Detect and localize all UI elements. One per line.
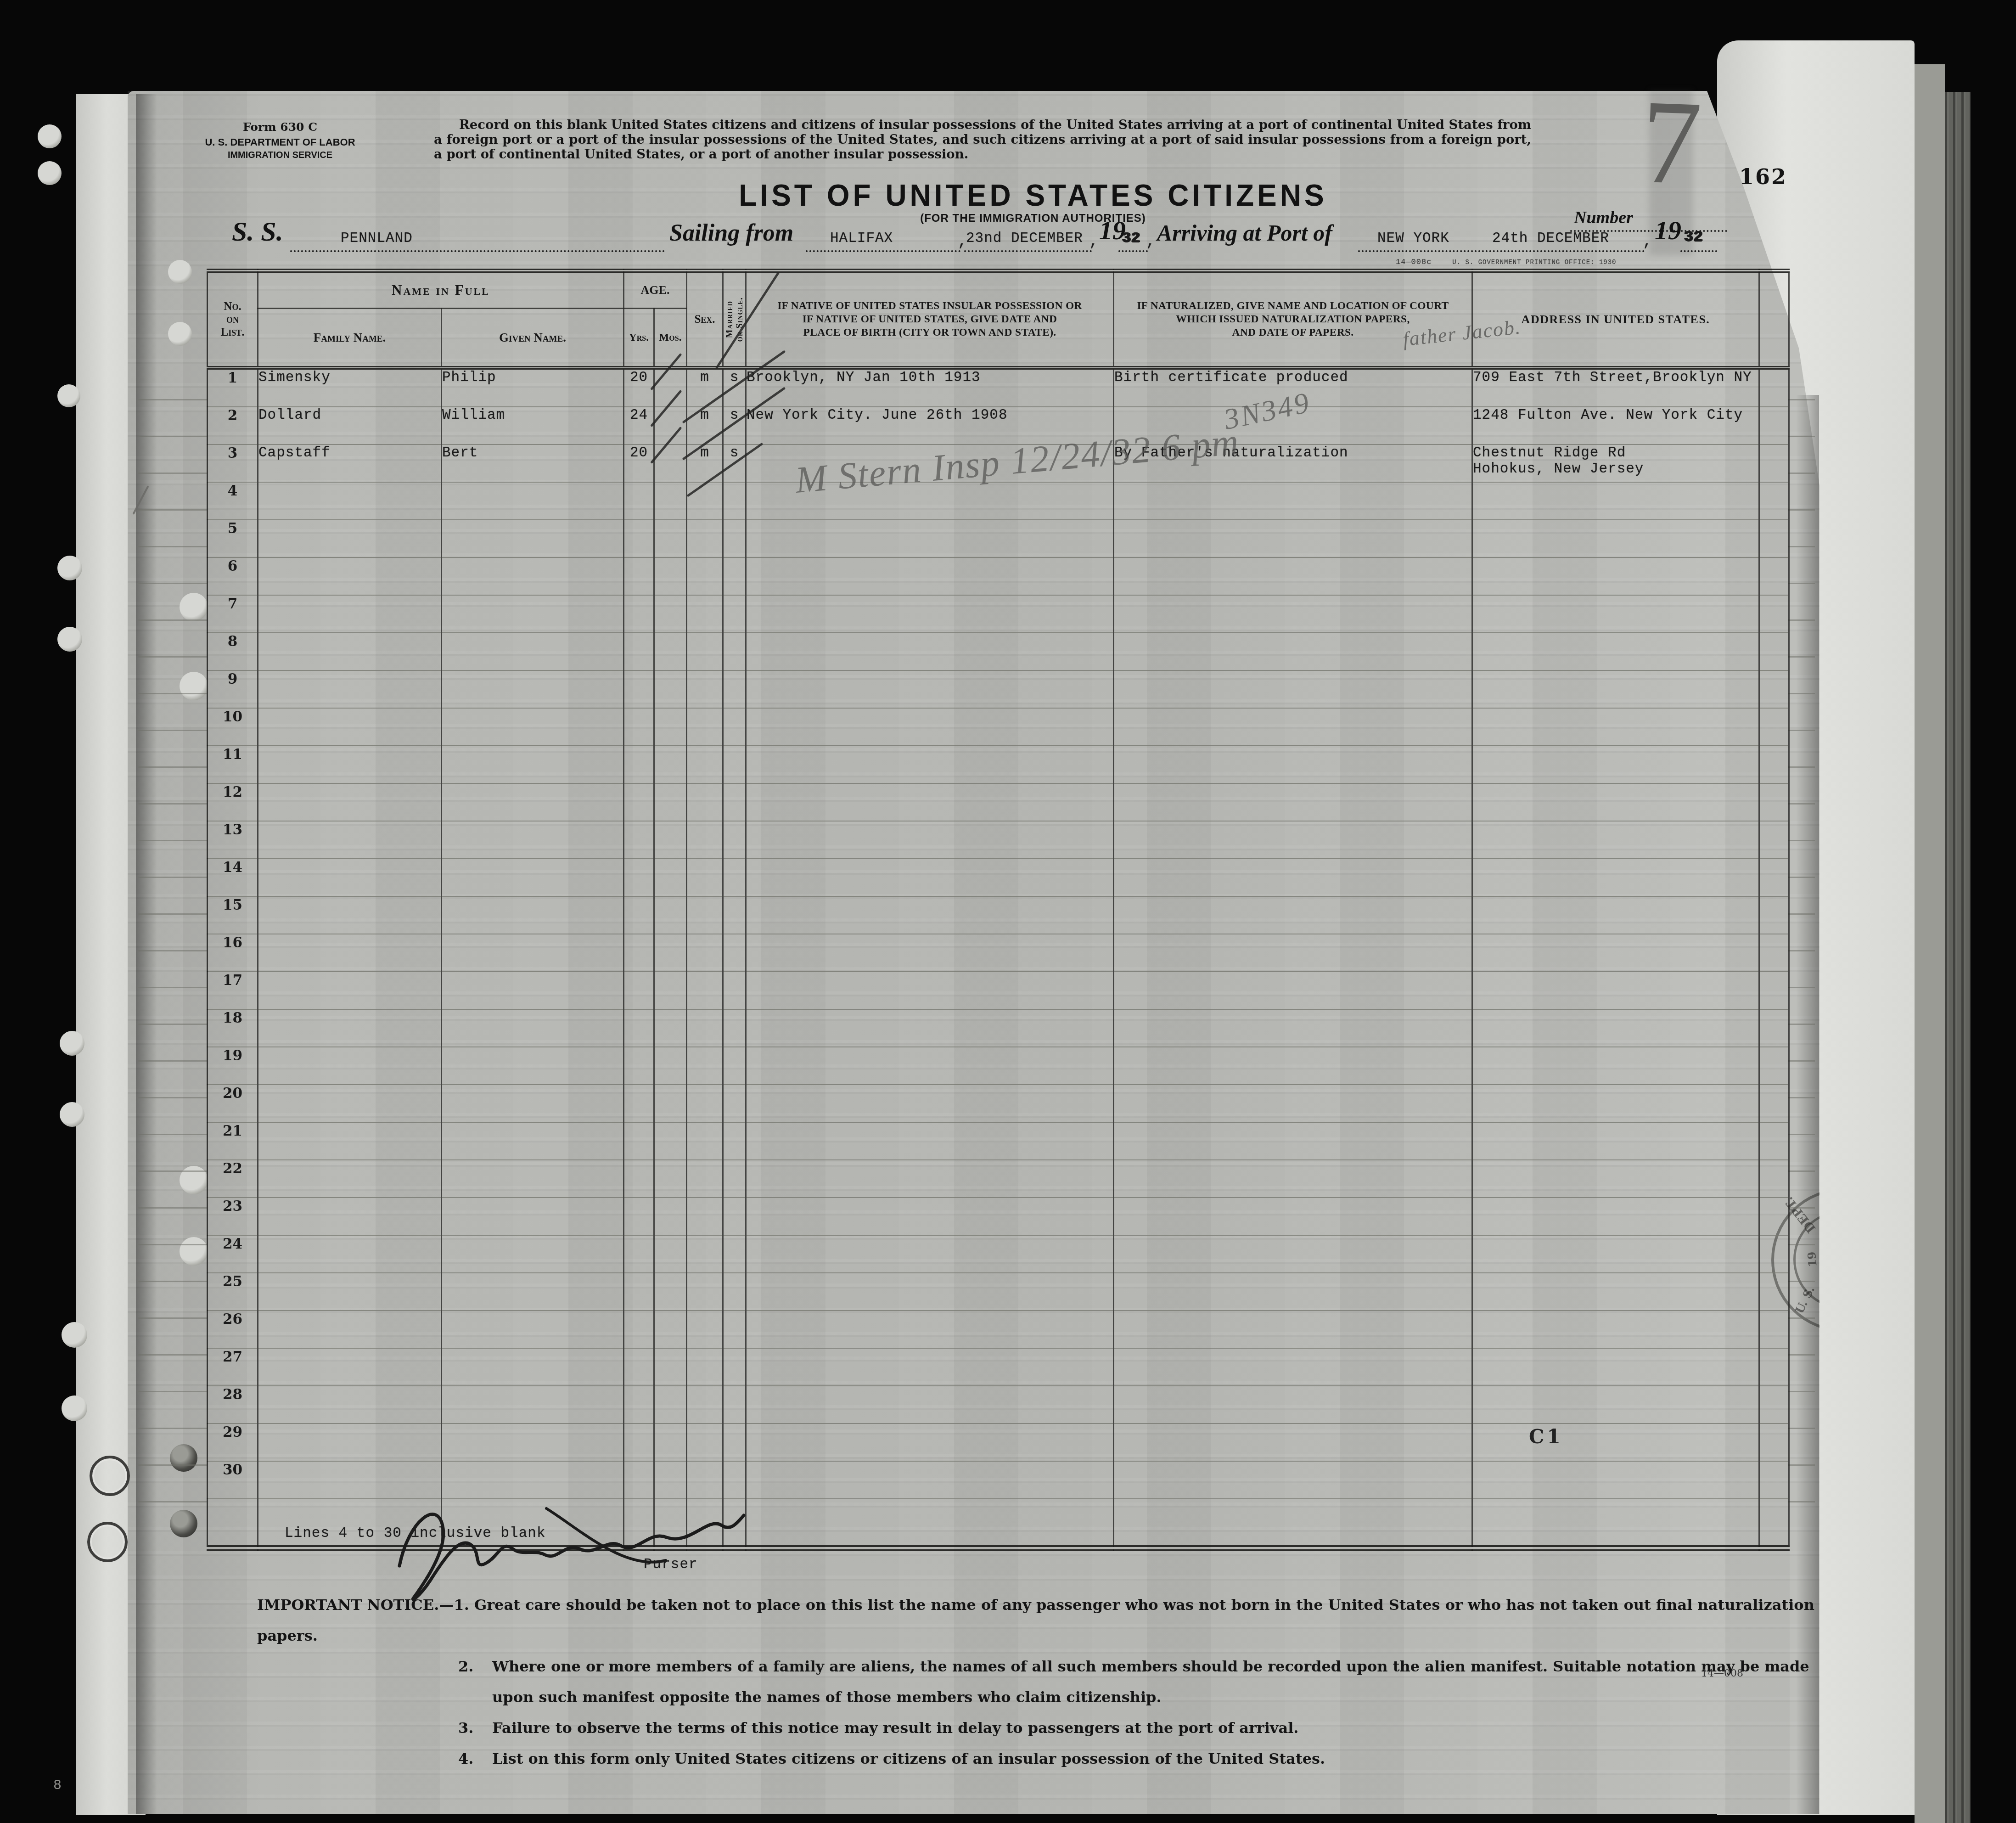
cell-naturalization [1114,1085,1472,1122]
cell-age-months [654,1198,687,1235]
cell-family-name [258,1009,442,1047]
cell-age-years: 20 [624,444,654,482]
cell-age-months [654,444,687,482]
cell-birth-place-date [746,1348,1114,1386]
cell-blank [1759,407,1789,444]
cell-blank [1759,670,1789,708]
cell-age-months [654,708,687,746]
cell-line-number: 28 [208,1386,258,1424]
notice-item-text: List on this form only United States cit… [492,1750,1325,1767]
cell-naturalization [1114,1311,1472,1348]
cell-family-name [258,708,442,746]
cell-age-months [654,859,687,896]
table-row: 19 [208,1047,1789,1085]
cell-address [1472,633,1759,670]
cell-given-name [442,896,624,934]
cell-birth-place-date [746,859,1114,896]
cell-age-years [624,1386,654,1424]
cell-married-single [723,1273,746,1311]
cell-sex [687,783,723,821]
cell-age-years [624,1424,654,1461]
gridline-extension-right [1788,364,1815,1512]
cell-given-name [442,1009,624,1047]
cell-age-years [624,557,654,595]
column-header-years: Yrs. [624,309,654,368]
cell-family-name [258,1424,442,1461]
cell-age-years [624,1009,654,1047]
cell-line-number: 15 [208,896,258,934]
cell-line-number: 22 [208,1160,258,1198]
cell-address [1472,1386,1759,1424]
cell-line-number: 11 [208,746,258,783]
cell-naturalization [1114,1160,1472,1198]
cell-birth-place-date: Brooklyn, NY Jan 10th 1913 [746,368,1114,407]
cell-married-single [723,595,746,633]
cell-family-name: Simensky [258,368,442,407]
cell-line-number: 12 [208,783,258,821]
cell-birth-place-date [746,1386,1114,1424]
department-name: U. S. DEPARTMENT OF LABOR [202,136,358,148]
cell-line-number: 16 [208,934,258,972]
table-row: 1 Simensky Philip 20 m s Brooklyn, NY Ja… [208,368,1789,407]
table-row: 14 [208,859,1789,896]
table-row: 22 [208,1160,1789,1198]
cell-birth-place-date [746,557,1114,595]
cell-naturalization [1114,1009,1472,1047]
table-row: 5 [208,520,1789,557]
punch-hole [60,1031,84,1056]
cell-address [1472,1499,1759,1548]
print-code-number: 14—008c [1396,258,1432,267]
punch-hole [38,161,62,185]
cell-line-number: 9 [208,670,258,708]
notice-item-number: 2. [458,1651,473,1682]
ship-underline [290,250,665,252]
table-row: 25 [208,1273,1789,1311]
cell-family-name [258,557,442,595]
cell-sex [687,1386,723,1424]
cell-address [1472,821,1759,859]
cell-blank [1759,1235,1789,1273]
cell-line-number: 26 [208,1311,258,1348]
cell-line-number: 5 [208,520,258,557]
comma: , [1643,233,1652,251]
cell-sex [687,859,723,896]
year-underline [1118,250,1148,252]
notice-item: 2. Where one or more members of a family… [257,1651,1855,1713]
cell-family-name [258,783,442,821]
cell-age-months [654,783,687,821]
cell-married-single [723,1009,746,1047]
cell-family-name [258,1085,442,1122]
cell-married-single [723,783,746,821]
departure-date: 23nd DECEMBER [966,231,1083,247]
cell-line-number: 10 [208,708,258,746]
cell-birth-place-date [746,1461,1114,1499]
cell-birth-place-date [746,896,1114,934]
arrival-year-underline [1680,250,1717,252]
column-header-line-number: No. on List. [208,271,258,368]
cell-age-years [624,783,654,821]
cell-sex [687,482,723,520]
cell-sex [687,1047,723,1085]
cell-naturalization [1114,859,1472,896]
cell-birth-place-date [746,1311,1114,1348]
cell-sex [687,1198,723,1235]
cell-age-years [624,821,654,859]
cell-age-years [624,859,654,896]
table-row: 10 [208,708,1789,746]
cell-birth-place-date [746,1198,1114,1235]
cell-address [1472,972,1759,1009]
cell-married-single [723,934,746,972]
cell-address [1472,1235,1759,1273]
cell-family-name [258,1235,442,1273]
cell-age-years [624,482,654,520]
cell-address: Chestnut Ridge Rd Hohokus, New Jersey [1472,444,1759,482]
cell-sex [687,1122,723,1160]
cell-line-number: 29 [208,1424,258,1461]
cell-given-name: Bert [442,444,624,482]
cell-line-number: 17 [208,972,258,1009]
cell-married-single: s [723,407,746,444]
cell-age-months [654,934,687,972]
cell-age-months [654,1311,687,1348]
cell-blank [1759,972,1789,1009]
cell-married-single [723,520,746,557]
cell-sex [687,746,723,783]
cell-line-number: 8 [208,633,258,670]
column-header-months: Mos. [654,309,687,368]
table-row: 26 [208,1311,1789,1348]
cell-given-name [442,934,624,972]
table-row: 6 [208,557,1789,595]
sailing-from-label: Sailing from [669,219,793,247]
notice-item-text: Failure to observe the terms of this not… [492,1719,1298,1737]
cell-given-name [442,821,624,859]
cell-age-years [624,972,654,1009]
cell-married-single [723,557,746,595]
cell-blank [1759,1499,1789,1548]
punch-hole [57,384,80,407]
cell-given-name [442,1047,624,1085]
cell-sex: m [687,407,723,444]
cell-sex [687,1348,723,1386]
page-number-stamp: 162 [1739,164,1787,189]
column-header-naturalization: IF NATURALIZED, GIVE NAME AND LOCATION O… [1114,271,1472,368]
arrival-year-script: 19 [1655,215,1681,246]
arrival-underline [1358,250,1645,252]
cell-married-single [723,1424,746,1461]
departure-year: 32 [1122,230,1140,247]
cell-line-number: 18 [208,1009,258,1047]
column-header-family-name: Family Name. [258,309,442,368]
table-row: 13 [208,821,1789,859]
cell-blank [1759,368,1789,407]
cell-address [1472,1160,1759,1198]
handwritten-number: 7 [1639,73,1704,213]
cell-sex: m [687,368,723,407]
cell-naturalization [1114,670,1472,708]
table-row: 24 [208,1235,1789,1273]
cell-sex [687,1273,723,1311]
table-row: 20 [208,1085,1789,1122]
instructions-text: Record on this blank United States citiz… [434,118,1531,162]
cell-blank [1759,859,1789,896]
cell-address [1472,595,1759,633]
cell-sex [687,708,723,746]
table-row: 21 [208,1122,1789,1160]
cell-family-name [258,1386,442,1424]
cell-line-number: 1 [208,368,258,407]
cell-family-name [258,859,442,896]
cell-blank [1759,1461,1789,1499]
cell-age-months [654,1122,687,1160]
cell-age-years [624,1311,654,1348]
print-code-bottom: 14—008 [1701,1668,1743,1679]
cell-naturalization [1114,972,1472,1009]
column-header-sex: Sex. [687,271,723,368]
cell-line-number: 7 [208,595,258,633]
cell-blank [1759,1311,1789,1348]
table-row: 11 [208,746,1789,783]
table-row: 18 [208,1009,1789,1047]
table-row: 9 [208,670,1789,708]
cell-given-name [442,1122,624,1160]
cell-given-name [442,1311,624,1348]
cell-family-name [258,896,442,934]
cell-birth-place-date [746,972,1114,1009]
cell-blank [1759,1424,1789,1461]
cell-naturalization [1114,934,1472,972]
cell-line-number: 13 [208,821,258,859]
cell-blank [1759,1122,1789,1160]
cell-birth-place-date [746,633,1114,670]
cell-family-name [258,1348,442,1386]
cell-given-name [442,708,624,746]
cell-married-single [723,1235,746,1273]
cell-married-single [723,708,746,746]
cell-sex [687,670,723,708]
cell-birth-place-date [746,783,1114,821]
cell-family-name [258,1047,442,1085]
cell-address: 1248 Fulton Ave. New York City [1472,407,1759,444]
cell-married-single [723,1348,746,1386]
cell-naturalization [1114,1348,1472,1386]
cell-married-single [723,896,746,934]
cell-family-name [258,633,442,670]
cell-age-months [654,746,687,783]
cell-line-number [208,1499,258,1548]
cell-age-months [654,595,687,633]
cell-age-years [624,1085,654,1122]
cell-birth-place-date [746,1160,1114,1198]
date-underline [964,250,1092,252]
cell-age-years [624,1122,654,1160]
cell-sex [687,1235,723,1273]
cell-given-name [442,1198,624,1235]
table-row: 27 [208,1348,1789,1386]
cell-line-number: 21 [208,1122,258,1160]
cell-age-years: 20 [624,368,654,407]
cell-blank [1759,520,1789,557]
cell-blank [1759,595,1789,633]
cell-line-number: 14 [208,859,258,896]
cell-married-single [723,746,746,783]
cell-age-years [624,708,654,746]
cell-age-years [624,1348,654,1386]
cell-line-number: 24 [208,1235,258,1273]
cell-birth-place-date [746,1273,1114,1311]
departure-underline [806,250,960,252]
punch-hole-dark [170,1510,197,1537]
cell-married-single [723,482,746,520]
cell-birth-place-date [746,1122,1114,1160]
cell-given-name [442,633,624,670]
cell-family-name: Capstaff [258,444,442,482]
cell-address [1472,1122,1759,1160]
cell-naturalization [1114,633,1472,670]
cell-naturalization [1114,1235,1472,1273]
married-header-text: Married or Single. [724,297,745,342]
cell-age-years: 24 [624,407,654,444]
number-label: Number [1574,208,1633,228]
cell-line-number: 4 [208,482,258,520]
cell-blank [1759,1198,1789,1235]
cell-married-single [723,859,746,896]
cell-naturalization [1114,557,1472,595]
notice-item-number: 3. [458,1713,473,1744]
cell-age-months [654,520,687,557]
cell-naturalization [1114,746,1472,783]
cell-age-months [654,1085,687,1122]
table-row: 23 [208,1198,1789,1235]
cell-given-name [442,1273,624,1311]
cell-naturalization [1114,821,1472,859]
cell-address [1472,859,1759,896]
arrival-port: NEW YORK [1377,231,1449,247]
cell-sex [687,1009,723,1047]
cell-age-months [654,557,687,595]
cell-address [1472,1424,1759,1461]
cell-age-years [624,520,654,557]
cell-age-months [654,1348,687,1386]
cell-family-name [258,934,442,972]
punch-hole [168,322,192,346]
table-row: 4 [208,482,1789,520]
cell-naturalization [1114,783,1472,821]
cell-sex [687,1311,723,1348]
notice-item-number: 4. [458,1744,473,1774]
cell-blank [1759,1047,1789,1085]
cell-naturalization [1114,1198,1472,1235]
cell-sex [687,1160,723,1198]
cell-married-single [723,1386,746,1424]
cell-age-years [624,595,654,633]
cell-age-months [654,1424,687,1461]
cell-line-number: 19 [208,1047,258,1085]
cell-age-years [624,896,654,934]
cell-blank [1759,783,1789,821]
table-row: 12 [208,783,1789,821]
arriving-label: Arriving at Port of [1157,219,1332,246]
cell-family-name [258,482,442,520]
cell-birth-place-date [746,1085,1114,1122]
column-header-age: AGE. [624,271,687,309]
cell-address [1472,934,1759,972]
cell-address: 709 East 7th Street,Brooklyn NY [1472,368,1759,407]
cell-given-name [442,1424,624,1461]
cell-address [1472,896,1759,934]
cell-given-name [442,670,624,708]
cell-given-name [442,783,624,821]
cell-address [1472,1311,1759,1348]
arrival-date: 24th DECEMBER [1492,231,1609,247]
cell-age-months [654,1273,687,1311]
cell-naturalization [1114,520,1472,557]
cell-address [1472,482,1759,520]
cell-sex [687,1424,723,1461]
cell-address [1472,1348,1759,1386]
cell-line-number: 6 [208,557,258,595]
cell-blank [1759,1273,1789,1311]
cell-family-name [258,821,442,859]
cell-married-single [723,670,746,708]
purser-signature [386,1492,767,1603]
cell-married-single [723,1311,746,1348]
cell-family-name [258,1198,442,1235]
cell-naturalization [1114,1273,1472,1311]
cell-given-name [442,1085,624,1122]
cell-given-name [442,557,624,595]
cell-age-years [624,1273,654,1311]
cell-naturalization [1114,1386,1472,1424]
cell-address [1472,520,1759,557]
comma: , [1089,233,1099,251]
cell-sex [687,934,723,972]
cell-age-months [654,1386,687,1424]
punch-hole [57,627,82,652]
cell-birth-place-date [746,746,1114,783]
cell-blank [1759,482,1789,520]
cell-family-name [258,520,442,557]
cell-age-months [654,482,687,520]
cell-given-name [442,1348,624,1386]
gridline-extension-left [138,364,207,1512]
punch-hole [62,1395,87,1421]
cell-sex [687,1085,723,1122]
cell-family-name [258,1273,442,1311]
cell-blank [1759,1009,1789,1047]
cell-age-years [624,1160,654,1198]
table-row: 17 [208,972,1789,1009]
cell-naturalization [1114,896,1472,934]
table-row: 16 [208,934,1789,972]
cell-age-years [624,746,654,783]
cell-blank [1759,1085,1789,1122]
cell-married-single [723,1198,746,1235]
notice-item-text: Great care should be taken not to place … [257,1596,1814,1644]
cell-birth-place-date [746,1047,1114,1085]
cell-given-name [442,595,624,633]
cell-address [1472,1047,1759,1085]
cell-birth-place-date [746,670,1114,708]
departure-port: HALIFAX [830,231,893,247]
cell-birth-place-date [746,595,1114,633]
cell-line-number: 23 [208,1198,258,1235]
cell-line-number: 2 [208,407,258,444]
cell-address [1472,708,1759,746]
